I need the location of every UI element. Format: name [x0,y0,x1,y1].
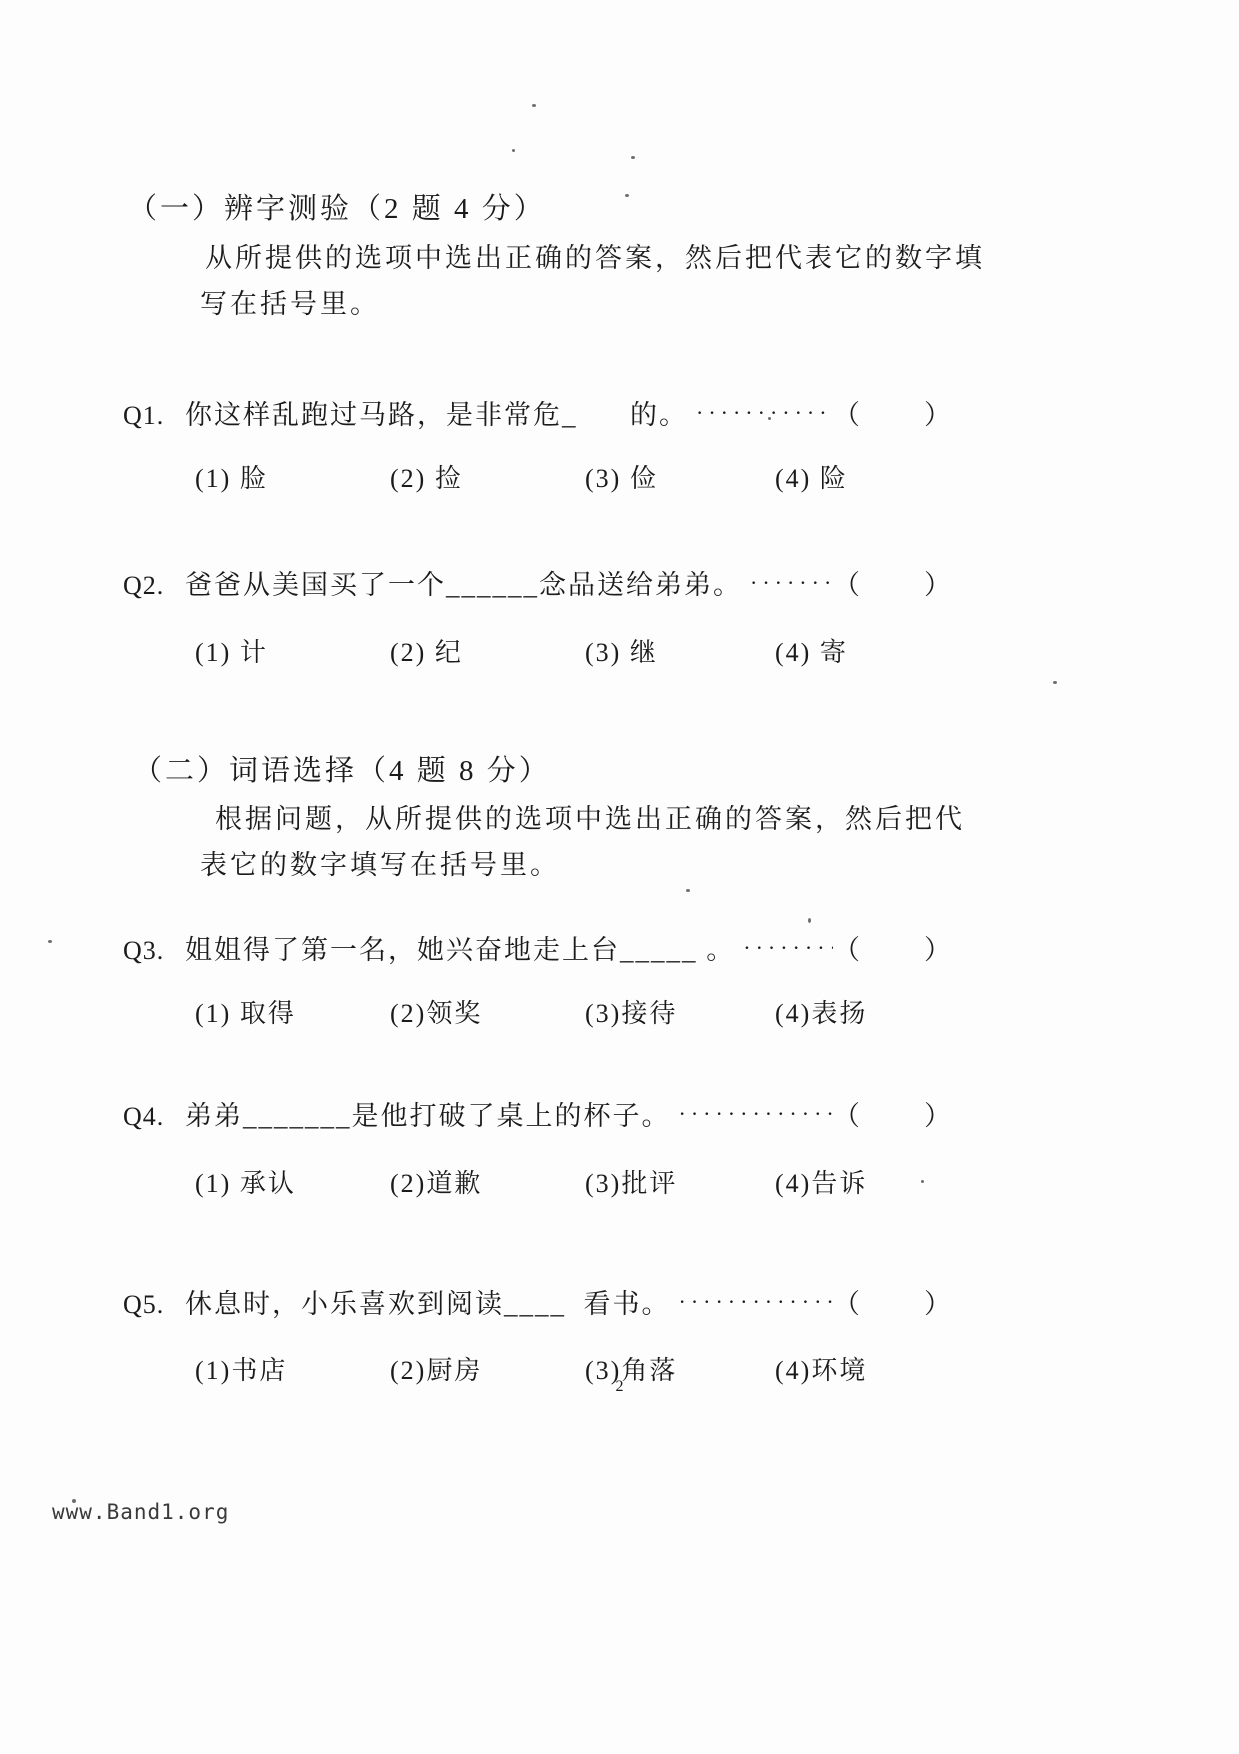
scan-speck [768,417,771,420]
answer-bracket-open: （ [833,928,862,967]
options-row-q2: (1) 计 (2) 纪 (3) 继 (4) 寄 [195,632,955,669]
question-q1-label: Q1. [123,401,185,431]
options-row-q4: (1) 承认 (2)道歉 (3)批评 (4)告诉 [195,1163,955,1200]
dotted-leader: ············· [688,400,833,426]
scan-speck [532,104,536,107]
question-q2: Q2. 爸爸从美国买了一个______念品送给弟弟。 ··········· （… [123,563,953,602]
option-q1-1: (1) 脸 [195,458,390,495]
page-number: 2 [0,1378,1239,1396]
question-q1: Q1. 你这样乱跑过马路，是非常危_ 的。 ············· （ ） [123,393,953,432]
option-q3-3: (3)接待 [585,993,775,1030]
dotted-leader: ·········· [735,935,833,961]
answer-bracket-close: ） [924,563,953,602]
option-q3-4: (4)表扬 [775,993,955,1030]
scan-speck [1053,681,1057,684]
question-q2-label: Q2. [123,571,185,601]
option-q2-1: (1) 计 [195,632,390,669]
question-q5-label: Q5. [123,1290,185,1320]
section-1-instruction-line1: 从所提供的选项中选出正确的答案，然后把代表它的数字填 [205,236,985,275]
options-row-q1: (1) 脸 (2) 捡 (3) 俭 (4) 险 [195,458,955,495]
scan-speck [512,149,515,152]
scan-speck [72,1499,76,1503]
answer-bracket-close: ） [924,1094,953,1133]
question-q1-text: 你这样乱跑过马路，是非常危_ 的。 [185,393,688,432]
option-q2-3: (3) 继 [585,632,775,669]
option-q1-2: (2) 捡 [390,458,585,495]
question-q5: Q5. 休息时，小乐喜欢到阅读____ 看书。 ··············· … [123,1282,953,1321]
answer-bracket-open: （ [833,563,862,602]
option-q4-2: (2)道歉 [390,1163,585,1200]
option-q4-4: (4)告诉 [775,1163,955,1200]
scan-speck [808,918,811,923]
options-row-q3: (1) 取得 (2)领奖 (3)接待 (4)表扬 [195,993,955,1030]
answer-bracket-close: ） [924,1282,953,1321]
question-q2-text: 爸爸从美国买了一个______念品送给弟弟。 [185,563,742,602]
option-q4-3: (3)批评 [585,1163,775,1200]
question-q3: Q3. 姐姐得了第一名，她兴奋地走上台_____ 。 ·········· （ … [123,928,953,967]
option-q2-2: (2) 纪 [390,632,585,669]
option-q1-4: (4) 险 [775,458,955,495]
question-q4-label: Q4. [123,1102,185,1132]
scan-speck [631,156,635,159]
option-q3-1: (1) 取得 [195,993,390,1030]
question-q4-text: 弟弟_______是他打破了桌上的杯子。 [185,1094,671,1133]
question-q3-label: Q3. [123,936,185,966]
section-1-instruction-line2: 写在括号里。 [200,282,380,321]
scan-speck [686,889,690,892]
scan-speck [625,194,629,197]
footer-watermark: www.Band1.org [52,1500,229,1524]
option-q2-4: (4) 寄 [775,632,955,669]
option-q3-2: (2)领奖 [390,993,585,1030]
dotted-leader: ··········· [742,570,833,596]
answer-bracket-open: （ [833,1094,862,1133]
answer-bracket-open: （ [833,393,862,432]
scan-speck [48,940,52,943]
answer-bracket-close: ） [924,928,953,967]
question-q4: Q4. 弟弟_______是他打破了桌上的杯子。 ···············… [123,1094,953,1133]
section-2-instruction-line1: 根据问题，从所提供的选项中选出正确的答案，然后把代 [215,797,965,836]
question-q3-text: 姐姐得了第一名，她兴奋地走上台_____ 。 [185,928,735,967]
dotted-leader: ··············· [671,1289,834,1315]
exam-page: （一）辨字测验（2 题 4 分） 从所提供的选项中选出正确的答案，然后把代表它的… [0,0,1239,1754]
question-q5-text: 休息时，小乐喜欢到阅读____ 看书。 [185,1282,671,1321]
section-2-heading: （二）词语选择（4 题 8 分） [133,748,551,789]
option-q4-1: (1) 承认 [195,1163,390,1200]
section-2-instruction-line2: 表它的数字填写在括号里。 [200,843,560,882]
section-1-heading: （一）辨字测验（2 题 4 分） [128,186,546,227]
dotted-leader: ················· [671,1101,834,1127]
option-q1-3: (3) 俭 [585,458,775,495]
answer-bracket-close: ） [924,393,953,432]
scan-speck [921,1180,924,1183]
answer-bracket-open: （ [833,1282,862,1321]
